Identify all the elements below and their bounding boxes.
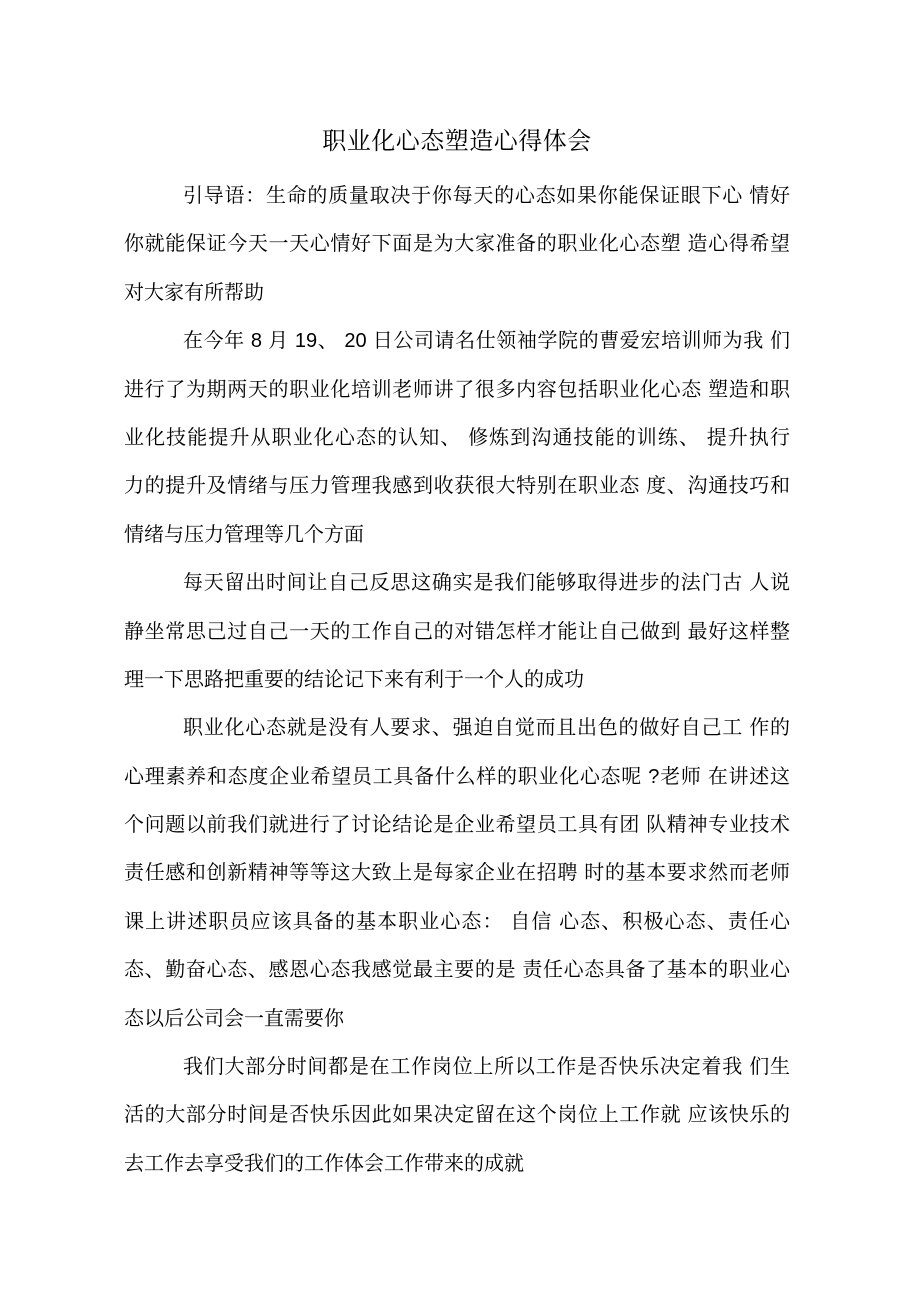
text-line: 责任感和创新精神等等这大致上是每家企业在招聘 时的基本要求然而老师 xyxy=(124,849,790,897)
text-line: 情绪与压力管理等几个方面 xyxy=(124,511,790,559)
text-line: 每天留出时间让自己反思这确实是我们能够取得进步的法门古 人说 xyxy=(124,559,790,607)
text-line: 力的提升及情绪与压力管理我感到收获很大特别在职业态 度、沟通技巧和 xyxy=(124,462,790,510)
text-line: 课上讲述职员应该具备的基本职业心态： 自信 心态、积极心态、责任心 xyxy=(124,898,790,946)
text-line: 态以后公司会一直需要你 xyxy=(124,995,790,1043)
text-line: 心理素养和态度企业希望员工具备什么样的职业化心态呢 ?老师 在讲述这 xyxy=(124,753,790,801)
text-line: 个问题以前我们就进行了讨论结论是企业希望员工具有团 队精神专业技术 xyxy=(124,801,790,849)
text-line: 理一下思路把重要的结论记下来有利于一个人的成功 xyxy=(124,656,790,704)
text-line: 对大家有所帮助 xyxy=(124,269,790,317)
document-title: 职业化心态塑造心得体会 xyxy=(124,118,790,166)
text-line: 活的大部分时间是否快乐因此如果决定留在这个岗位上工作就 应该快乐的 xyxy=(124,1091,790,1139)
text-line: 在今年 8 月 19、 20 日公司请名仕领袖学院的曹爱宏培训师为我 们 xyxy=(124,317,790,365)
text-line: 我们大部分时间都是在工作岗位上所以工作是否快乐决定着我 们生 xyxy=(124,1043,790,1091)
paragraphs: 引导语：生命的质量取决于你每天的心态如果你能保证眼下心 情好你就能保证今天一天心… xyxy=(124,172,790,1188)
text-line: 引导语：生命的质量取决于你每天的心态如果你能保证眼下心 情好 xyxy=(124,172,790,220)
text-line: 进行了为期两天的职业化培训老师讲了很多内容包括职业化心态 塑造和职 xyxy=(124,366,790,414)
text-line: 业化技能提升从职业化心态的认知、 修炼到沟通技能的训练、 提升执行 xyxy=(124,414,790,462)
document-body: 职业化心态塑造心得体会 引导语：生命的质量取决于你每天的心态如果你能保证眼下心 … xyxy=(124,118,790,1188)
text-line: 职业化心态就是没有人要求、强迫自觉而且出色的做好自己工 作的 xyxy=(124,704,790,752)
text-line: 态、勤奋心态、感恩心态我感觉最主要的是 责任心态具备了基本的职业心 xyxy=(124,946,790,994)
text-line: 你就能保证今天一天心情好下面是为大家准备的职业化心态塑 造心得希望 xyxy=(124,220,790,268)
text-line: 去工作去享受我们的工作体会工作带来的成就 xyxy=(124,1140,790,1188)
document-page: 职业化心态塑造心得体会 引导语：生命的质量取决于你每天的心态如果你能保证眼下心 … xyxy=(0,0,920,1303)
text-line: 静坐常思己过自己一天的工作自己的对错怎样才能让自己做到 最好这样整 xyxy=(124,608,790,656)
